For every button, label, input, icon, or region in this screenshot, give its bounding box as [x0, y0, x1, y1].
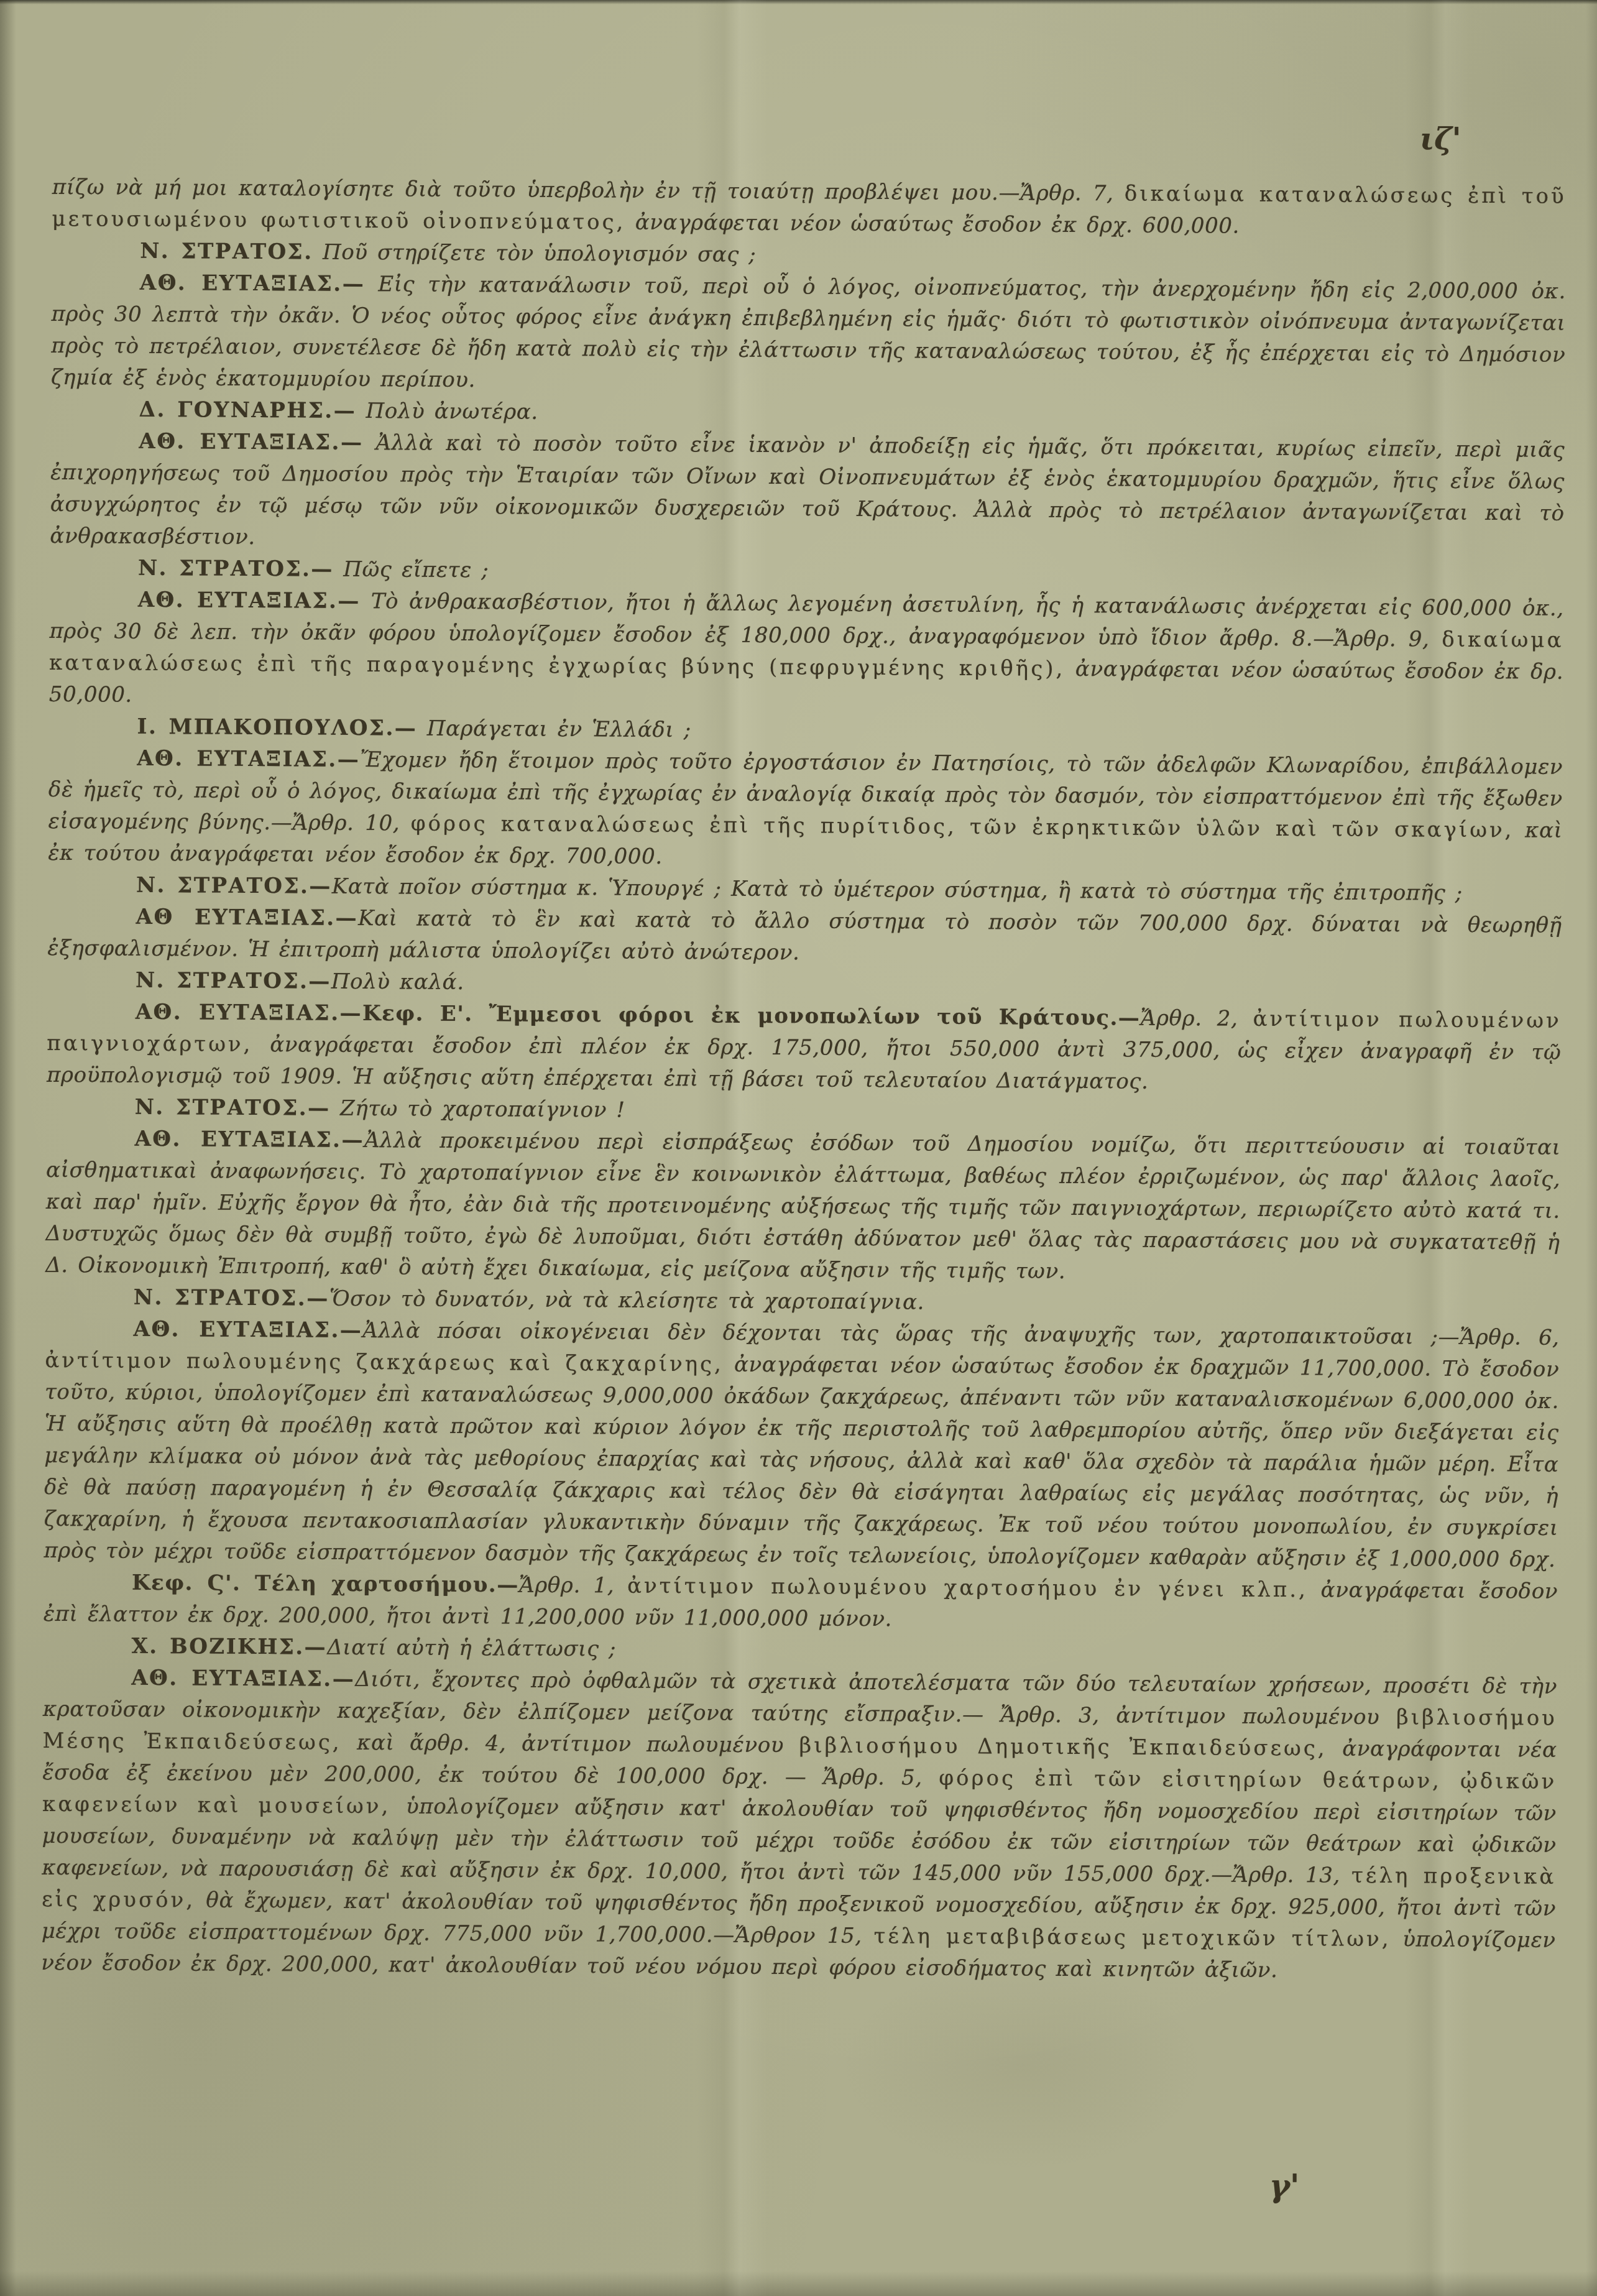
emphasized-phrase: ἀντίτιμον πωλουμένης ζακχάρεως καὶ ζακχα…	[45, 1348, 724, 1377]
section-heading: Κεφ. Ϛ'. Τέλη χαρτοσήμου.—	[132, 1570, 519, 1598]
body-text: Ὅσον τὸ δυνατόν, νὰ τὰ κλείσητε τὰ χαρτο…	[329, 1286, 924, 1315]
body-text: ἀναγράφεται νέον ὡσαύτως ἔσοδον ἐκ δρχ. …	[625, 210, 1240, 239]
body-text: Πῶς εἴπετε ;	[334, 557, 489, 583]
speaker-label: ΑΘ. ΕΥΤΑΞΙΑΣ.—	[134, 1317, 363, 1343]
body-text: Ἄρθρ. 2,	[1140, 1006, 1253, 1031]
text-block: πίζω νὰ μή μοι καταλογίσητε διὰ τοῦτο ὑπ…	[41, 172, 1567, 1988]
body-text: πίζω νὰ μή μοι καταλογίσητε διὰ τοῦτο ὑπ…	[52, 175, 1125, 206]
speaker-label: ΑΘ. ΕΥΤΑΞΙΑΣ.—	[131, 1666, 355, 1692]
speaker-label: Δ. ΓΟΥΝΑΡΗΣ.—	[139, 397, 357, 423]
emphasized-phrase: ἀντίτιμον πωλουμένου χαρτοσήμου ἐν γένει…	[627, 1574, 1308, 1603]
speaker-label: ΑΘ. ΕΥΤΑΞΙΑΣ.—	[134, 1127, 364, 1153]
paragraph: ΑΘ. ΕΥΤΑΞΙΑΣ.—Κεφ. Ε'. Ἔμμεσοι φόροι ἐκ …	[47, 996, 1562, 1100]
paragraph: ΑΘ. ΕΥΤΑΞΙΑΣ.— Τὸ ἀνθρακασβέστιον, ἤτοι …	[49, 584, 1564, 720]
speaker-label: Ι. ΜΠΑΚΟΠΟΥΛΟΣ.—	[137, 714, 417, 741]
speaker-label: Ν. ΣΤΡΑΤΟΣ.—	[138, 556, 334, 582]
speaker-label: ΑΘ. ΕΥΤΑΞΙΑΣ.—	[140, 270, 366, 297]
speaker-label: Ν. ΣΤΡΑΤΟΣ.—	[135, 1095, 331, 1121]
body-text: Πολὺ ἀνωτέρα.	[356, 399, 538, 425]
paragraph: ΑΘ. ΕΥΤΑΞΙΑΣ.—Ἔχομεν ἤδη ἕτοιμον πρὸς το…	[48, 742, 1563, 878]
paragraph: ΑΘ. ΕΥΤΑΞΙΑΣ.—Διότι, ἔχοντες πρὸ ὀφθαλμῶ…	[41, 1662, 1557, 1988]
paragraph: ΑΘ. ΕΥΤΑΞΙΑΣ.—Ἀλλὰ προκειμένου περὶ εἰσπ…	[45, 1123, 1561, 1291]
body-text: Πολὺ καλά.	[331, 969, 464, 995]
signature-mark: γ'	[1269, 2167, 1299, 2204]
body-text: Ἀλλὰ πόσαι οἰκογένειαι δὲν δέχονται τὰς …	[362, 1318, 1560, 1350]
speaker-label: Ν. ΣΤΡΑΤΟΣ.	[140, 239, 313, 265]
section-heading: Κεφ. Ε'. Ἔμμεσοι φόροι ἐκ μονοπωλίων τοῦ…	[362, 1001, 1141, 1031]
speaker-label: Ν. ΣΤΡΑΤΟΣ.—	[136, 968, 331, 994]
emphasized-phrase: φόρος καταναλώσεως ἐπὶ τῆς πυρίτιδος, τῶ…	[411, 811, 1514, 843]
page-number: ιζ'	[1420, 122, 1461, 157]
body-text: ἀναγράφεται ἔσοδον ἐπὶ πλέον ἐκ δρχ. 175…	[47, 1032, 1562, 1094]
body-text: Ζήτω τὸ χαρτοπαίγνιον !	[331, 1096, 625, 1123]
paragraph: Κεφ. Ϛ'. Τέλη χαρτοσήμου.—Ἄρθρ. 1, ἀντίτ…	[44, 1567, 1558, 1639]
speaker-label: ΑΘ. ΕΥΤΑΞΙΑΣ.—	[136, 1000, 363, 1026]
body-text: Ποῦ στηρίζετε τὸν ὑπολογισμόν σας ;	[313, 240, 756, 267]
paragraph: ΑΘ. ΕΥΤΑΞΙΑΣ.—Ἀλλὰ πόσαι οἰκογένειαι δὲν…	[44, 1313, 1559, 1576]
scanned-document-page: ιζ' πίζω νὰ μή μοι καταλογίσητε διὰ τοῦτ…	[0, 0, 1597, 2296]
emphasized-phrase: τέλη μεταβιβάσεως μετοχικῶν τίτλων,	[873, 1924, 1391, 1952]
speaker-label: Χ. ΒΟΖΙΚΗΣ.—	[131, 1634, 327, 1660]
body-text: Κατὰ ποῖον σύστημα κ. Ὑπουργέ ; Κατὰ τὸ …	[332, 874, 1463, 906]
paragraph: πίζω νὰ μή μοι καταλογίσητε διὰ τοῦτο ὑπ…	[52, 172, 1567, 244]
speaker-label: ΑΘ. ΕΥΤΑΞΙΑΣ.—	[137, 746, 360, 772]
body-text: Διατί αὐτὴ ἡ ἐλάττωσις ;	[327, 1635, 616, 1662]
body-text: καὶ ἄρθρ. 4, ἀντίτιμον πωλουμένου	[341, 1730, 799, 1758]
speaker-label: ΑΘ ΕΥΤΑΞΙΑΣ.—	[136, 905, 359, 931]
paragraph: ΑΘ. ΕΥΤΑΞΙΑΣ.— Ἀλλὰ καὶ τὸ ποσὸν τοῦτο ε…	[50, 425, 1565, 561]
emphasized-phrase: βιβλιοσήμου Δημοτικῆς Ἐκπαιδεύσεως,	[799, 1733, 1327, 1761]
paragraph: ΑΘ. ΕΥΤΑΞΙΑΣ.— Εἰς τὴν κατανάλωσιν τοῦ, …	[51, 267, 1566, 403]
speaker-label: Ν. ΣΤΡΑΤΟΣ.—	[136, 873, 332, 899]
speaker-label: ΑΘ. ΕΥΤΑΞΙΑΣ.—	[139, 429, 363, 455]
speaker-label: ΑΘ. ΕΥΤΑΞΙΑΣ.—	[138, 588, 361, 614]
body-text: ἀναγράφεται νέον ὡσαύτως ἔσοδον ἐκ δραχμ…	[44, 1352, 1559, 1572]
body-text: Ἄρθρ. 1,	[519, 1573, 628, 1598]
speaker-label: Ν. ΣΤΡΑΤΟΣ.—	[134, 1285, 329, 1311]
body-text: Παράγεται ἐν Ἑλλάδι ;	[417, 716, 691, 743]
paragraph: ΑΘ ΕΥΤΑΞΙΑΣ.—Καὶ κατὰ τὸ ἓν καὶ κατὰ τὸ …	[47, 901, 1562, 974]
